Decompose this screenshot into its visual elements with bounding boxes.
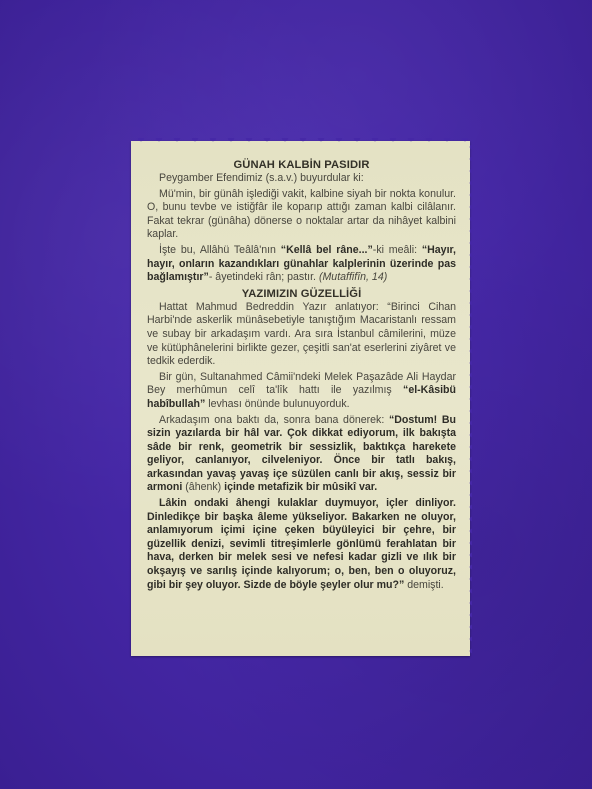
paragraph: Mü'min, bir günâh işlediği vakit, kalbin… — [147, 188, 456, 242]
bold-text: içinde metafizik bir mûsikî var. — [224, 481, 377, 493]
text: İşte bu, Allâhü Teâlâ'nın — [159, 244, 281, 256]
paragraph: Lâkin ondaki âhengi kulaklar duymuyor, i… — [147, 497, 456, 592]
paragraph: İşte bu, Allâhü Teâlâ'nın “Kellâ bel rân… — [147, 244, 456, 285]
paragraph: Bir gün, Sultanahmed Câmii'ndeki Melek P… — [147, 371, 456, 412]
text: demişti. — [404, 579, 443, 591]
section-title: YAZIMIZIN GÜZELLİĞİ — [147, 287, 456, 301]
clipping-content: GÜNAH KALBİN PASIDIRPeygamber Efendimiz … — [147, 158, 456, 592]
text: Peygamber Efendimiz (s.a.v.) buyurdular … — [159, 172, 364, 184]
torn-edge-top — [131, 138, 470, 144]
text: - âyetindeki rân; pastır. — [209, 271, 319, 283]
citation: (Mutaffifîn, 14) — [319, 271, 387, 283]
text: (âhenk) — [182, 481, 224, 493]
newspaper-clipping: GÜNAH KALBİN PASIDIRPeygamber Efendimiz … — [131, 141, 470, 656]
torn-edge-right — [468, 141, 472, 656]
paragraph: Peygamber Efendimiz (s.a.v.) buyurdular … — [147, 172, 456, 186]
text: levhası önünde bulunuyorduk. — [205, 398, 349, 410]
text: Mü'min, bir günâh işlediği vakit, kalbin… — [147, 188, 456, 241]
text: -ki meâli: — [373, 244, 422, 256]
paragraph: Hattat Mahmud Bedreddin Yazır anlatıyor:… — [147, 301, 456, 369]
bold-text: Lâkin ondaki âhengi kulaklar duymuyor, i… — [147, 497, 456, 591]
text: Arkadaşım ona baktı da, sonra bana döner… — [159, 414, 389, 426]
text: Hattat Mahmud Bedreddin Yazır anlatıyor:… — [147, 301, 456, 367]
bold-text: “Kellâ bel râne...” — [281, 244, 373, 256]
paragraph: Arkadaşım ona baktı da, sonra bana döner… — [147, 414, 456, 496]
section-title: GÜNAH KALBİN PASIDIR — [147, 158, 456, 172]
